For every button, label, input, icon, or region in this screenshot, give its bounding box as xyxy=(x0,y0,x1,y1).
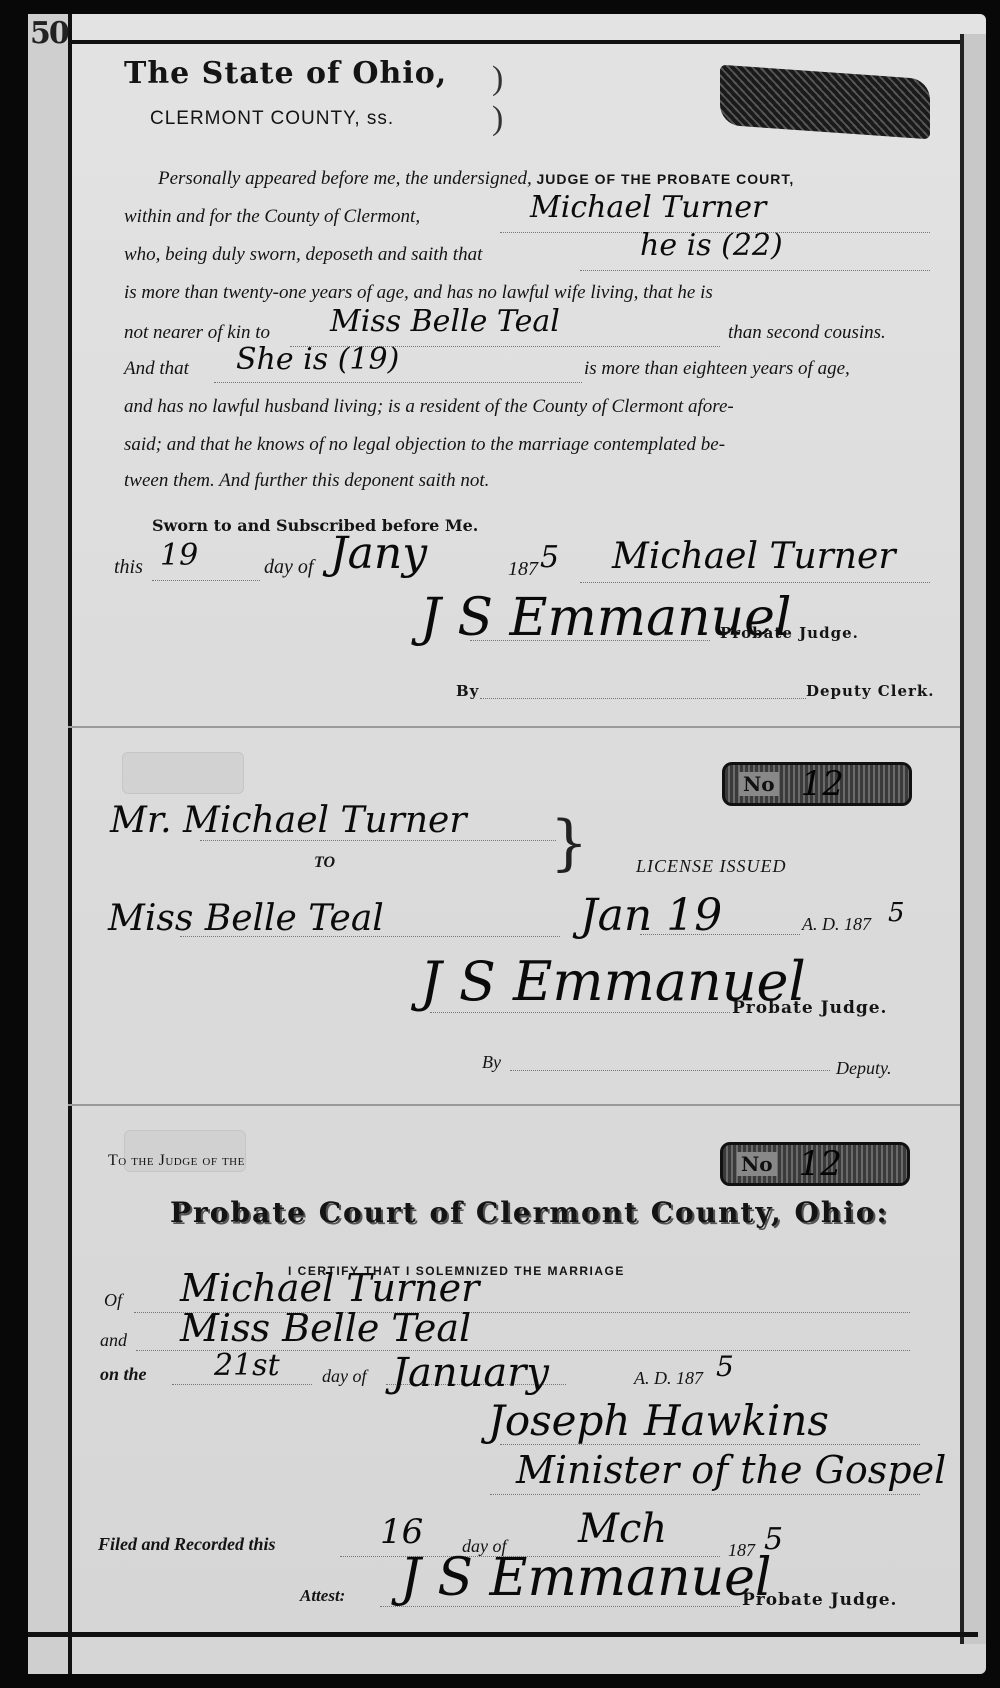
bride-name: Miss Belle Teal xyxy=(330,304,560,339)
on-the-label: on the xyxy=(100,1364,147,1385)
license-probate-judge-label: Probate Judge. xyxy=(732,998,887,1018)
license-groom: Mr. Michael Turner xyxy=(110,800,467,841)
license-number-plate: No 12 xyxy=(722,762,912,806)
year-prefix: 187 xyxy=(508,558,538,581)
header-brace: ) xyxy=(492,60,503,98)
certificate-number-plate: No 12 xyxy=(720,1142,910,1186)
header-brace: ) xyxy=(492,100,503,138)
blank-line xyxy=(580,270,930,271)
certificate-number: 12 xyxy=(799,1144,842,1184)
page-edge xyxy=(964,34,986,1644)
day-of-label: day of xyxy=(322,1366,367,1387)
certificate-day: 21st xyxy=(214,1348,280,1383)
blank-line xyxy=(580,582,930,583)
affidavit-line5a: not nearer of kin to xyxy=(124,322,270,344)
certificate-judge-signature: J S Emmanuel xyxy=(400,1548,772,1608)
license-bride: Miss Belle Teal xyxy=(108,898,384,939)
affidavit-line8: said; and that he knows of no legal obje… xyxy=(124,434,725,456)
certificate-year-suffix: 5 xyxy=(716,1350,734,1383)
blank-line xyxy=(172,1384,312,1385)
and-label: and xyxy=(100,1330,127,1351)
affidavit-line4: is more than twenty-one years of age, an… xyxy=(124,282,713,304)
blank-line xyxy=(214,382,582,383)
affidavit-line5b: than second cousins. xyxy=(728,322,886,344)
day-of-label: day of xyxy=(264,556,313,579)
bottom-rule xyxy=(28,1632,978,1637)
year-suffix: 5 xyxy=(540,540,559,575)
probate-judge-label: Probate Judge. xyxy=(720,624,859,642)
blank-line xyxy=(480,698,806,699)
certificate-groom: Michael Turner xyxy=(180,1266,479,1310)
filed-day: 16 xyxy=(380,1512,423,1552)
deputy-clerk-label: Deputy Clerk. xyxy=(806,682,935,700)
section-divider xyxy=(68,726,960,728)
applicant-age: he is (22) xyxy=(640,228,783,263)
page-number: 50 xyxy=(30,16,68,51)
blank-line xyxy=(180,936,560,937)
deponent-signature: Michael Turner xyxy=(612,536,896,577)
blank-line xyxy=(200,840,556,841)
affidavit-line6a: And that xyxy=(124,358,189,380)
to-judge-label: To the Judge of the xyxy=(108,1152,245,1170)
applicant-name: Michael Turner xyxy=(530,190,766,225)
bride-age: She is (19) xyxy=(236,342,399,377)
filed-label: Filed and Recorded this xyxy=(98,1534,276,1555)
sworn-day: 19 xyxy=(160,538,198,573)
county-line: CLERMONT COUNTY, ss. xyxy=(150,108,394,130)
deputy-label: Deputy. xyxy=(836,1058,892,1079)
state-title: The State of Ohio, xyxy=(124,56,447,91)
court-title: Probate Court of Clermont County, Ohio: xyxy=(170,1196,889,1229)
faded-stamp xyxy=(122,752,244,794)
affidavit-line9: tween them. And further this deponent sa… xyxy=(124,470,489,492)
certificate-month: January xyxy=(392,1350,549,1396)
blank-line xyxy=(640,934,800,935)
by-label: By xyxy=(456,682,479,700)
affidavit-line3: who, being duly sworn, deposeth and sait… xyxy=(124,244,482,266)
ad-label: A. D. 187 xyxy=(802,914,871,935)
sworn-month: Jany xyxy=(330,528,427,579)
section-divider xyxy=(68,1104,960,1106)
affidavit-line7: and has no lawful husband living; is a r… xyxy=(124,396,734,418)
certificate-ad-label: A. D. 187 xyxy=(634,1368,703,1389)
affidavit-line6b: is more than eighteen years of age, xyxy=(584,358,850,380)
certificate-probate-judge-label: Probate Judge. xyxy=(742,1590,897,1610)
license-by-label: By xyxy=(482,1052,501,1073)
officiant-title: Minister of the Gospel xyxy=(516,1448,946,1492)
top-rule xyxy=(68,40,963,44)
affidavit-line2: within and for the County of Clermont, xyxy=(124,206,420,228)
blank-line xyxy=(490,1494,920,1495)
blank-line xyxy=(510,1070,830,1071)
affidavit-line1: Personally appeared before me, the under… xyxy=(158,168,794,190)
license-issued-label: LICENSE ISSUED xyxy=(636,856,787,877)
this-label: this xyxy=(114,556,143,579)
license-brace: } xyxy=(550,808,588,878)
license-year-suffix: 5 xyxy=(888,898,905,928)
certificate-bride: Miss Belle Teal xyxy=(180,1306,471,1350)
officiant-signature: Joseph Hawkins xyxy=(488,1396,829,1445)
to-label: TO xyxy=(314,854,335,872)
number-label: No xyxy=(739,772,779,796)
number-label: No xyxy=(737,1152,777,1176)
filed-month: Mch xyxy=(578,1506,667,1552)
attest-label: Attest: xyxy=(300,1586,345,1606)
license-number: 12 xyxy=(801,764,844,804)
sworn-label: Sworn to and Subscribed before Me. xyxy=(152,516,478,535)
binding-margin xyxy=(28,14,72,1674)
blank-line xyxy=(152,580,260,581)
of-label: Of xyxy=(104,1290,122,1311)
